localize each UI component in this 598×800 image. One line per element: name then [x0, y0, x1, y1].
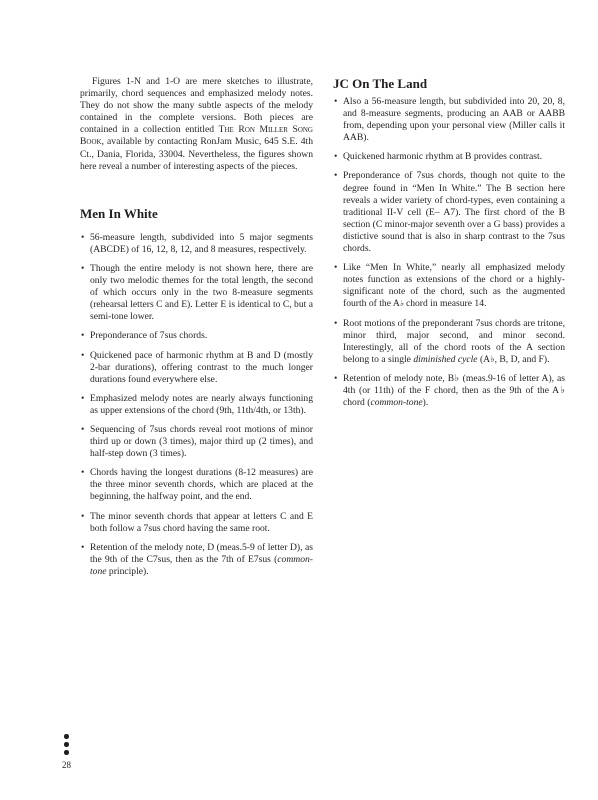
list-item-text-end: chord in measure 14. — [404, 298, 487, 309]
bullet-icon: • — [81, 511, 84, 523]
list-item: •Preponderance of 7sus chords, though no… — [333, 170, 565, 255]
section-heading-jc-on-the-land: JC On The Land — [333, 76, 565, 92]
dot-icon — [64, 734, 69, 739]
bullet-icon: • — [81, 467, 84, 479]
bullet-icon: • — [334, 318, 337, 330]
bullet-icon: • — [81, 232, 84, 244]
list-item: •Emphasized melody notes are nearly alwa… — [80, 393, 313, 417]
list-item-text: Preponderance of 7sus chords. — [90, 330, 207, 341]
right-column: JC On The Land •Also a 56-measure length… — [333, 76, 565, 416]
list-item: •Sequencing of 7sus chords reveal root m… — [80, 424, 313, 460]
bullet-icon: • — [334, 262, 337, 274]
list-item-text: The minor seventh chords that appear at … — [90, 511, 313, 534]
intro-text-end: , available by contacting RonJam Music, … — [80, 136, 313, 171]
dot-icon — [64, 750, 69, 755]
list-item: •Like “Men In White,” nearly all emphasi… — [333, 262, 565, 310]
list-item-text-end: (A♭, B, D, and F). — [478, 354, 550, 365]
list-item-text: Chords having the longest durations (8-1… — [90, 467, 313, 502]
page-number: 28 — [62, 760, 71, 770]
bullet-icon: • — [81, 263, 84, 275]
list-item-text: Though the entire melody is not shown he… — [90, 263, 313, 322]
bullet-icon: • — [81, 350, 84, 362]
bullet-icon: • — [81, 330, 84, 342]
intro-paragraph: Figures 1-N and 1-O are mere sketches to… — [80, 76, 313, 173]
list-item-text: Also a 56-measure length, but subdivided… — [343, 96, 565, 143]
men-in-white-list: •56-measure length, subdivided into 5 ma… — [80, 232, 313, 578]
list-item: •Quickened pace of harmonic rhythm at B … — [80, 350, 313, 386]
bullet-icon: • — [334, 151, 337, 163]
list-item: •Quickened harmonic rhythm at B provides… — [333, 151, 565, 163]
list-item: •Though the entire melody is not shown h… — [80, 263, 313, 323]
italic-term: common-tone — [370, 397, 422, 408]
left-column: Figures 1-N and 1-O are mere sketches to… — [80, 76, 313, 585]
list-item-text: Preponderance of 7sus chords, though not… — [343, 170, 565, 254]
italic-term: diminished cycle — [413, 354, 477, 365]
list-item-text: 56-measure length, subdivided into 5 maj… — [90, 232, 313, 255]
bullet-icon: • — [81, 542, 84, 554]
list-item-text-end: principle). — [107, 566, 149, 577]
list-item: •Retention of melody note, B♭ (meas.9-16… — [333, 373, 565, 409]
list-item-text-end: ). — [423, 397, 429, 408]
jc-on-the-land-list: •Also a 56-measure length, but subdivide… — [333, 96, 565, 409]
list-item: •Chords having the longest durations (8-… — [80, 467, 313, 503]
list-item-text: Quickened pace of harmonic rhythm at B a… — [90, 350, 313, 385]
list-item: •Retention of the melody note, D (meas.5… — [80, 542, 313, 578]
bullet-icon: • — [334, 170, 337, 182]
margin-dots-decoration — [64, 734, 70, 758]
list-item: •Root motions of the preponderant 7sus c… — [333, 318, 565, 366]
list-item: •Preponderance of 7sus chords. — [80, 330, 313, 342]
section-heading-men-in-white: Men In White — [80, 206, 313, 222]
bullet-icon: • — [81, 393, 84, 405]
list-item: •56-measure length, subdivided into 5 ma… — [80, 232, 313, 256]
list-item-text: Quickened harmonic rhythm at B provides … — [343, 151, 542, 162]
bullet-icon: • — [334, 373, 337, 385]
bullet-icon: • — [81, 424, 84, 436]
list-item-text: Sequencing of 7sus chords reveal root mo… — [90, 424, 313, 459]
list-item: •The minor seventh chords that appear at… — [80, 511, 313, 535]
dot-icon — [64, 742, 69, 747]
bullet-icon: • — [334, 96, 337, 108]
list-item-text: Emphasized melody notes are nearly alway… — [90, 393, 313, 416]
list-item: •Also a 56-measure length, but subdivide… — [333, 96, 565, 144]
